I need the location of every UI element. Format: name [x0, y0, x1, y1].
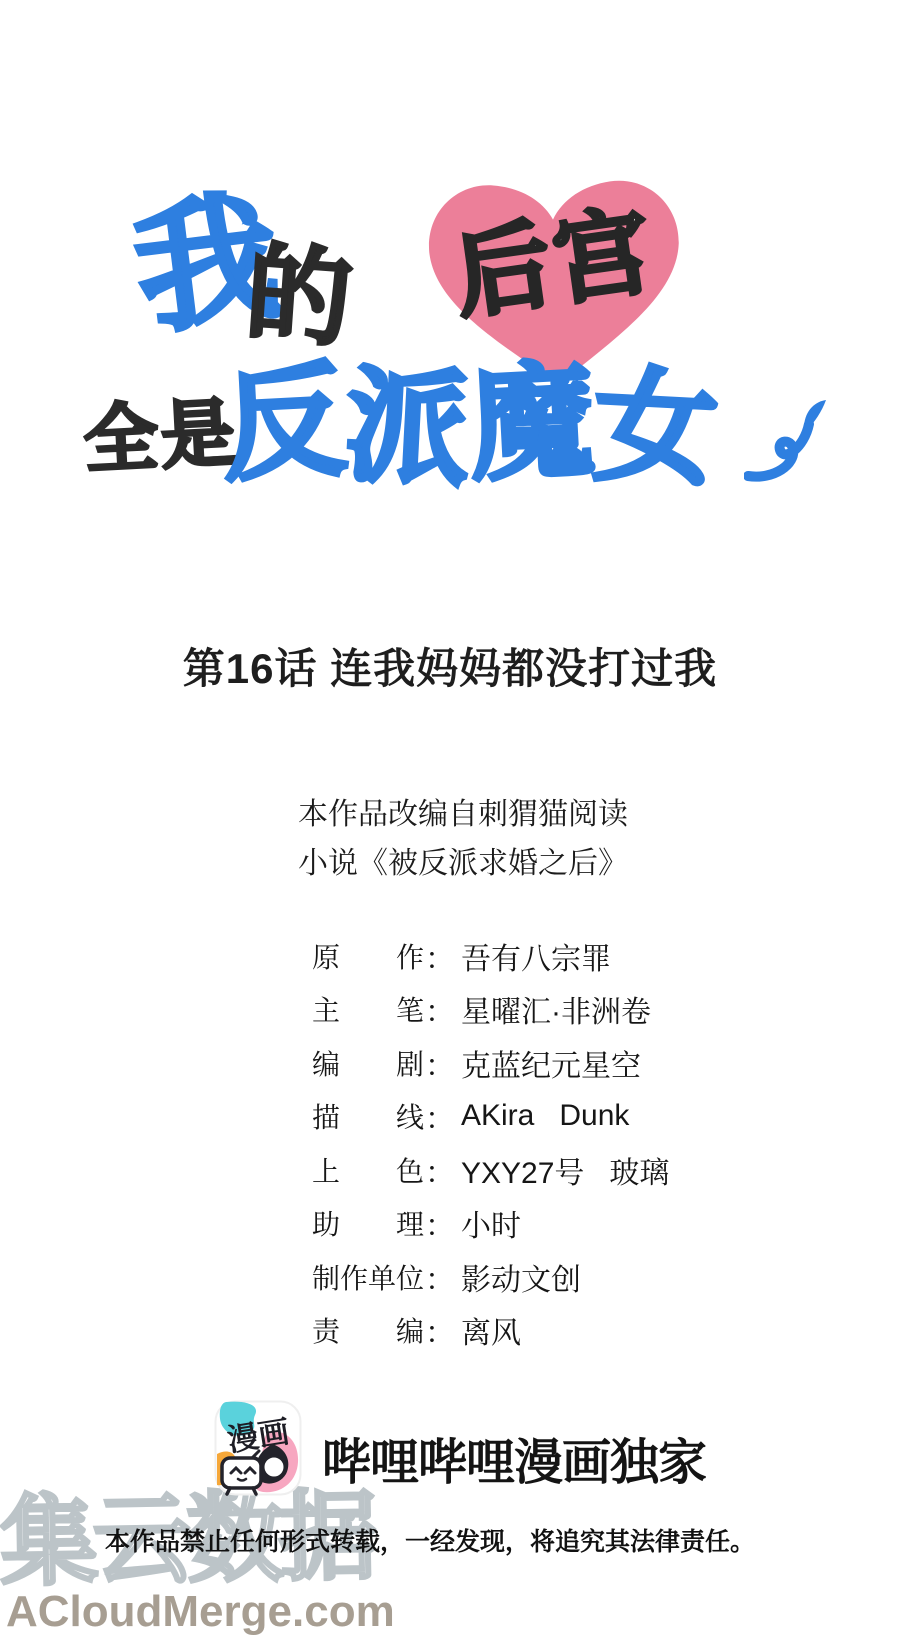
credit-colon: ：	[425, 934, 455, 978]
credit-role-label: 制作单位	[312, 1257, 424, 1297]
credit-colon: ：	[425, 1308, 455, 1352]
credit-role-label: 编剧	[312, 1043, 424, 1083]
credit-role-label: 描线	[312, 1096, 424, 1136]
copyright-disclaimer: 本作品禁止任何形式转载，一经发现，将追究其法律责任。	[0, 1522, 860, 1558]
credits-list: 原作：吾有八宗罪 主笔：星曜汇·非洲卷 编剧：克蓝纪元星空 描线：AKira D…	[312, 929, 669, 1357]
title-word-quanshi: 全是	[82, 396, 240, 478]
watermark-url: ACloudMerge.com	[6, 1590, 395, 1634]
chapter-title: 第16话 连我妈妈都没打过我	[0, 636, 900, 696]
credit-row: 主笔：星曜汇·非洲卷	[312, 983, 669, 1037]
credit-row: 上色：YXY27号 玻璃	[312, 1143, 669, 1197]
title-char: 派	[343, 364, 473, 494]
adaptation-note: 本作品改编自刺猬猫阅读 小说《被反派求婚之后》	[298, 790, 628, 888]
credit-person-value: 星曜汇·非洲卷	[461, 987, 651, 1031]
credit-person-value: 克蓝纪元星空	[461, 1041, 641, 1085]
credit-person-value: 吾有八宗罪	[461, 934, 611, 978]
credit-row: 描线：AKira Dunk	[312, 1090, 669, 1144]
publisher-exclusive-text: 哔哩哔哩漫画独家	[322, 1424, 706, 1494]
comic-title-page: 我 的 后宫 全是 反派魔女 第16话 连我妈妈都没打过我 本作品改编自刺猬猫阅…	[0, 0, 900, 1650]
credit-row: 助理：小时	[312, 1197, 669, 1251]
credit-row: 原作：吾有八宗罪	[312, 929, 669, 983]
credit-role-label: 主笔	[312, 989, 424, 1029]
credit-person-value: 小时	[461, 1201, 521, 1245]
title-char: 女	[591, 364, 721, 494]
title-word-hougong: 后宫	[449, 203, 660, 326]
adaptation-line-2: 小说《被反派求婚之后》	[298, 839, 628, 888]
devil-tail-icon	[744, 396, 828, 484]
credit-colon: ：	[425, 1148, 455, 1192]
credit-person-value: 离风	[461, 1308, 521, 1352]
bilibili-manga-icon: 漫画	[214, 1400, 302, 1496]
credit-colon: ：	[425, 1041, 455, 1085]
credit-person-value: AKira Dunk	[461, 1099, 629, 1133]
credit-role-label: 责编	[312, 1310, 424, 1350]
credit-role-label: 助理	[312, 1203, 424, 1243]
title-char: 反	[219, 359, 349, 489]
credit-colon: ：	[425, 1094, 455, 1138]
credit-row: 责编：离风	[312, 1304, 669, 1358]
title-word-fanpai: 反派魔女	[222, 362, 718, 486]
credit-colon: ：	[425, 987, 455, 1031]
credit-colon: ：	[425, 1201, 455, 1245]
credit-person-value: 影动文创	[461, 1255, 581, 1299]
credit-colon: ：	[425, 1255, 455, 1299]
credit-person-value: YXY27号 玻璃	[461, 1148, 669, 1192]
title-word-de: 的	[242, 240, 355, 353]
adaptation-line-1: 本作品改编自刺猬猫阅读	[298, 790, 628, 839]
title-char: 魔	[467, 359, 597, 489]
credit-row: 制作单位：影动文创	[312, 1250, 669, 1304]
credit-role-label: 上色	[312, 1150, 424, 1190]
credit-role-label: 原作	[312, 936, 424, 976]
credit-row: 编剧：克蓝纪元星空	[312, 1036, 669, 1090]
